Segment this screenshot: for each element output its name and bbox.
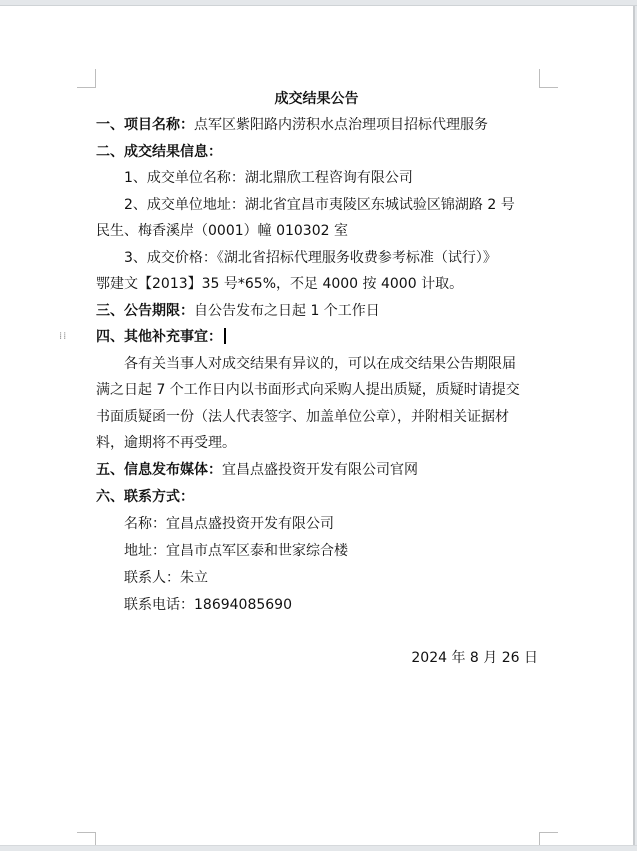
margin-corner-mark: [539, 69, 558, 88]
section-label: 一、项目名称：: [96, 117, 194, 133]
section-label: 五、信息发布媒体：: [96, 462, 222, 478]
window-bottom-strip: [0, 845, 637, 851]
section-value: 自公告发布之日起 1 个工作日: [194, 303, 380, 319]
winner-name: 1、成交单位名称：湖北鼎欣工程咨询有限公司: [124, 169, 570, 187]
price-line2: 鄂建文【2013】35 号*65%，不足 4000 按 4000 计取。: [96, 275, 542, 293]
drag-handle-icon[interactable]: ⁞⁞: [59, 335, 69, 349]
section-label: 三、公告期限：: [96, 303, 194, 319]
contact-person: 联系人：朱立: [124, 569, 570, 587]
document-title: 成交结果公告: [0, 90, 633, 108]
section-other-matters[interactable]: 四、其他补充事宜：: [96, 328, 542, 346]
text-cursor: [224, 328, 226, 344]
section-result-info: 二、成交结果信息：: [96, 143, 542, 161]
section-project-name: 一、项目名称：点军区紫阳路内涝积水点治理项目招标代理服务: [96, 116, 542, 134]
contact-address: 地址：宜昌市点军区泰和世家综合楼: [124, 542, 570, 560]
section-media: 五、信息发布媒体：宜昌点盛投资开发有限公司官网: [96, 461, 542, 479]
section-contact: 六、联系方式：: [96, 488, 542, 506]
other-matters-line2: 满之日起 7 个工作日内以书面形式向采购人提出质疑，质疑时请提交: [96, 381, 542, 399]
winner-address-line1: 2、成交单位地址：湖北省宜昌市夷陵区东城试验区锦湖路 2 号: [124, 196, 570, 214]
section-value: 点军区紫阳路内涝积水点治理项目招标代理服务: [194, 117, 488, 133]
contact-phone: 联系电话：18694085690: [124, 596, 570, 614]
document-page[interactable]: 成交结果公告 一、项目名称：点军区紫阳路内涝积水点治理项目招标代理服务 二、成交…: [0, 6, 635, 845]
winner-address-line2: 民生、梅香溪岸（0001）幢 010302 室: [96, 222, 542, 240]
other-matters-line1: 各有关当事人对成交结果有异议的，可以在成交结果公告期限届: [124, 355, 570, 373]
document-date: 2024 年 8 月 26 日: [400, 649, 538, 667]
margin-corner-mark: [77, 69, 96, 88]
other-matters-line3: 书面质疑函一份（法人代表签字、加盖单位公章），并附相关证据材: [96, 408, 542, 426]
section-value: 宜昌点盛投资开发有限公司官网: [222, 462, 418, 478]
contact-name: 名称：宜昌点盛投资开发有限公司: [124, 515, 570, 533]
section-notice-period: 三、公告期限：自公告发布之日起 1 个工作日: [96, 302, 542, 320]
section-label: 四、其他补充事宜：: [96, 329, 222, 345]
other-matters-line4: 料，逾期将不再受理。: [96, 434, 542, 452]
price-line1: 3、成交价格：《湖北省招标代理服务收费参考标准（试行）》: [124, 249, 570, 267]
